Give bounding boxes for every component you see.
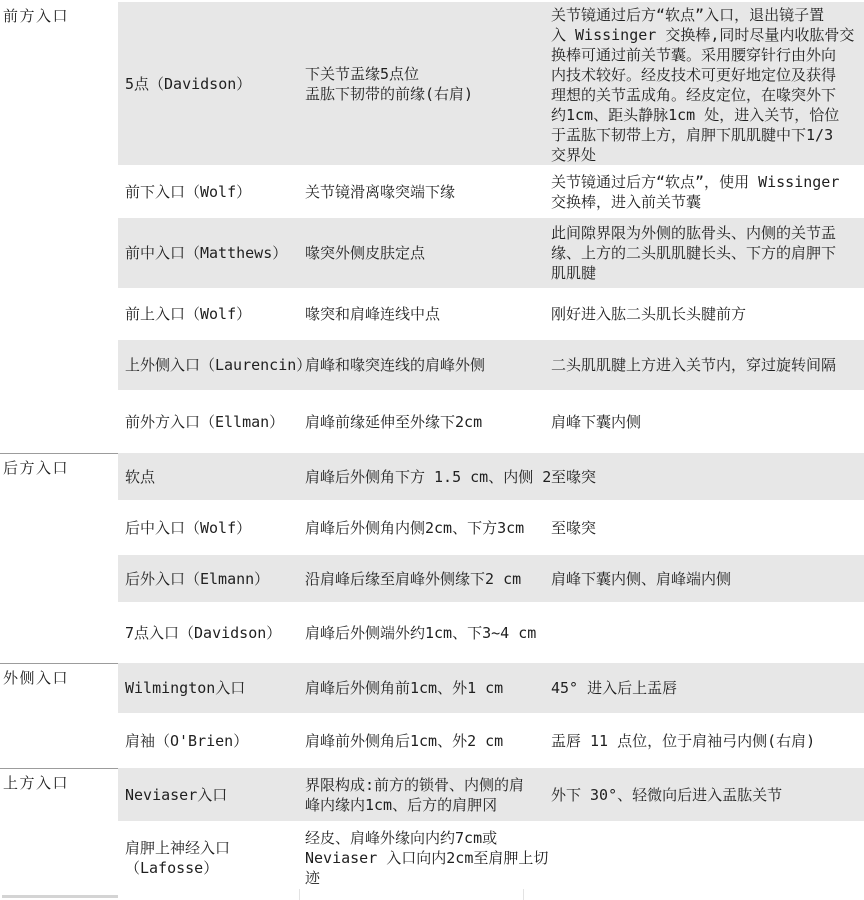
portal-location: 下关节盂缘5点位 盂肱下韧带的前缘(右肩) — [305, 2, 545, 165]
portal-note: 45° 进入后上盂唇 — [545, 663, 864, 713]
table-groups: 前方入口5点（Davidson）下关节盂缘5点位 盂肱下韧带的前缘(右肩)关节镜… — [0, 2, 864, 895]
category-label: 上方入口 — [0, 768, 118, 895]
portal-name: 后外入口（Elmann） — [118, 555, 305, 602]
portal-name: 前中入口（Matthews） — [118, 218, 305, 288]
portal-location: 肩峰后外侧端外约1cm、下3~4 cm — [305, 602, 545, 663]
portal-note: 盂唇 11 点位，位于肩袖弓内侧(右肩) — [545, 713, 864, 768]
portal-location: 肩峰后外侧角内侧2cm、下方3cm — [305, 500, 545, 555]
portal-name: 7点入口（Davidson） — [118, 602, 305, 663]
portal-location: 关节镜滑离喙突端下缘 — [305, 165, 545, 218]
portal-location: 喙突和肩峰连线中点 — [305, 288, 545, 340]
table-row: 前中入口（Matthews）喙突外侧皮肤定点此间隙界限为外侧的肱骨头、内侧的关节… — [118, 218, 864, 288]
category-label: 外侧入口 — [0, 663, 118, 768]
portal-note: 至喙突 — [545, 500, 864, 555]
portal-note: 肩峰下囊内侧 — [545, 390, 864, 453]
next-group-top-border — [2, 895, 118, 898]
table-row: 5点（Davidson）下关节盂缘5点位 盂肱下韧带的前缘(右肩)关节镜通过后方… — [118, 2, 864, 165]
portal-name: 前上入口（Wolf） — [118, 288, 305, 340]
group-rows: Neviaser入口界限构成:前方的锁骨、内侧的肩 峰内缘内1cm、后方的肩胛冈… — [118, 768, 864, 895]
table-row: 前外方入口（Ellman）肩峰前缘延伸至外缘下2cm肩峰下囊内侧 — [118, 390, 864, 453]
category-label: 后方入口 — [0, 453, 118, 663]
table-row: 肩袖（O'Brien）肩峰前外侧角后1cm、外2 cm盂唇 11 点位，位于肩袖… — [118, 713, 864, 768]
portal-location: 肩峰后外侧角下方 1.5 cm、内侧 2 — [305, 453, 545, 500]
portal-note: 刚好进入肱二头肌长头腱前方 — [545, 288, 864, 340]
portal-location: 界限构成:前方的锁骨、内侧的肩 峰内缘内1cm、后方的肩胛冈 — [305, 768, 545, 821]
next-row-column-divider — [299, 889, 300, 900]
portal-note: 二头肌肌腱上方进入关节内，穿过旋转间隔 — [545, 340, 864, 390]
portal-note: 关节镜通过后方“软点”，使用 Wissinger 交换棒，进入前关节囊 — [545, 165, 864, 218]
shoulder-portal-reference-table: 前方入口5点（Davidson）下关节盂缘5点位 盂肱下韧带的前缘(右肩)关节镜… — [0, 0, 864, 900]
portal-name: Wilmington入口 — [118, 663, 305, 713]
portal-location: 喙突外侧皮肤定点 — [305, 218, 545, 288]
table-row: 7点入口（Davidson）肩峰后外侧端外约1cm、下3~4 cm — [118, 602, 864, 663]
group-rows: 软点肩峰后外侧角下方 1.5 cm、内侧 2至喙突后中入口（Wolf）肩峰后外侧… — [118, 453, 864, 663]
portal-note — [545, 602, 864, 663]
portal-group: 外侧入口Wilmington入口肩峰后外侧角前1cm、外1 cm45° 进入后上… — [0, 663, 864, 768]
portal-group: 后方入口软点肩峰后外侧角下方 1.5 cm、内侧 2至喙突后中入口（Wolf）肩… — [0, 453, 864, 663]
table-row: 软点肩峰后外侧角下方 1.5 cm、内侧 2至喙突 — [118, 453, 864, 500]
portal-group: 前方入口5点（Davidson）下关节盂缘5点位 盂肱下韧带的前缘(右肩)关节镜… — [0, 2, 864, 453]
table-row: 上外侧入口（Laurencin）肩峰和喙突连线的肩峰外侧二头肌肌腱上方进入关节内… — [118, 340, 864, 390]
table-row: 肩胛上神经入口 （Lafosse）经皮、肩峰外缘向内约7cm或 Neviaser… — [118, 821, 864, 895]
portal-name: 前外方入口（Ellman） — [118, 390, 305, 453]
portal-name: 后中入口（Wolf） — [118, 500, 305, 555]
portal-name: 上外侧入口（Laurencin） — [118, 340, 305, 390]
portal-location: 肩峰和喙突连线的肩峰外侧 — [305, 340, 545, 390]
portal-name: 前下入口（Wolf） — [118, 165, 305, 218]
portal-note: 至喙突 — [545, 453, 864, 500]
portal-name: 肩袖（O'Brien） — [118, 713, 305, 768]
portal-name: 软点 — [118, 453, 305, 500]
group-rows: Wilmington入口肩峰后外侧角前1cm、外1 cm45° 进入后上盂唇肩袖… — [118, 663, 864, 768]
group-rows: 5点（Davidson）下关节盂缘5点位 盂肱下韧带的前缘(右肩)关节镜通过后方… — [118, 2, 864, 453]
portal-note: 肩峰下囊内侧、肩峰端内侧 — [545, 555, 864, 602]
table-row: 前上入口（Wolf）喙突和肩峰连线中点刚好进入肱二头肌长头腱前方 — [118, 288, 864, 340]
portal-name: 肩胛上神经入口 （Lafosse） — [118, 821, 305, 895]
portal-location: 肩峰后外侧角前1cm、外1 cm — [305, 663, 545, 713]
table-row: 前下入口（Wolf）关节镜滑离喙突端下缘关节镜通过后方“软点”，使用 Wissi… — [118, 165, 864, 218]
portal-location: 沿肩峰后缘至肩峰外侧缘下2 cm — [305, 555, 545, 602]
portal-name: 5点（Davidson） — [118, 2, 305, 165]
portal-name: Neviaser入口 — [118, 768, 305, 821]
portal-location: 肩峰前外侧角后1cm、外2 cm — [305, 713, 545, 768]
portal-note — [545, 821, 864, 895]
category-label: 前方入口 — [0, 2, 118, 453]
table-row: 后中入口（Wolf）肩峰后外侧角内侧2cm、下方3cm至喙突 — [118, 500, 864, 555]
portal-location: 经皮、肩峰外缘向内约7cm或 Neviaser 入口向内2cm至肩胛上切 迹 — [305, 821, 545, 895]
portal-note: 外下 30°、轻微向后进入盂肱关节 — [545, 768, 864, 821]
table-row: 后外入口（Elmann）沿肩峰后缘至肩峰外侧缘下2 cm肩峰下囊内侧、肩峰端内侧 — [118, 555, 864, 602]
portal-note: 关节镜通过后方“软点”入口，退出镜子置 入 Wissinger 交换棒,同时尽量… — [545, 2, 864, 165]
table-row: Wilmington入口肩峰后外侧角前1cm、外1 cm45° 进入后上盂唇 — [118, 663, 864, 713]
table-row: Neviaser入口界限构成:前方的锁骨、内侧的肩 峰内缘内1cm、后方的肩胛冈… — [118, 768, 864, 821]
portal-note: 此间隙界限为外侧的肱骨头、内侧的关节盂 缘、上方的二头肌肌腱长头、下方的肩胛下 … — [545, 218, 864, 288]
next-row-column-divider — [523, 889, 524, 900]
portal-group: 上方入口Neviaser入口界限构成:前方的锁骨、内侧的肩 峰内缘内1cm、后方… — [0, 768, 864, 895]
portal-location: 肩峰前缘延伸至外缘下2cm — [305, 390, 545, 453]
